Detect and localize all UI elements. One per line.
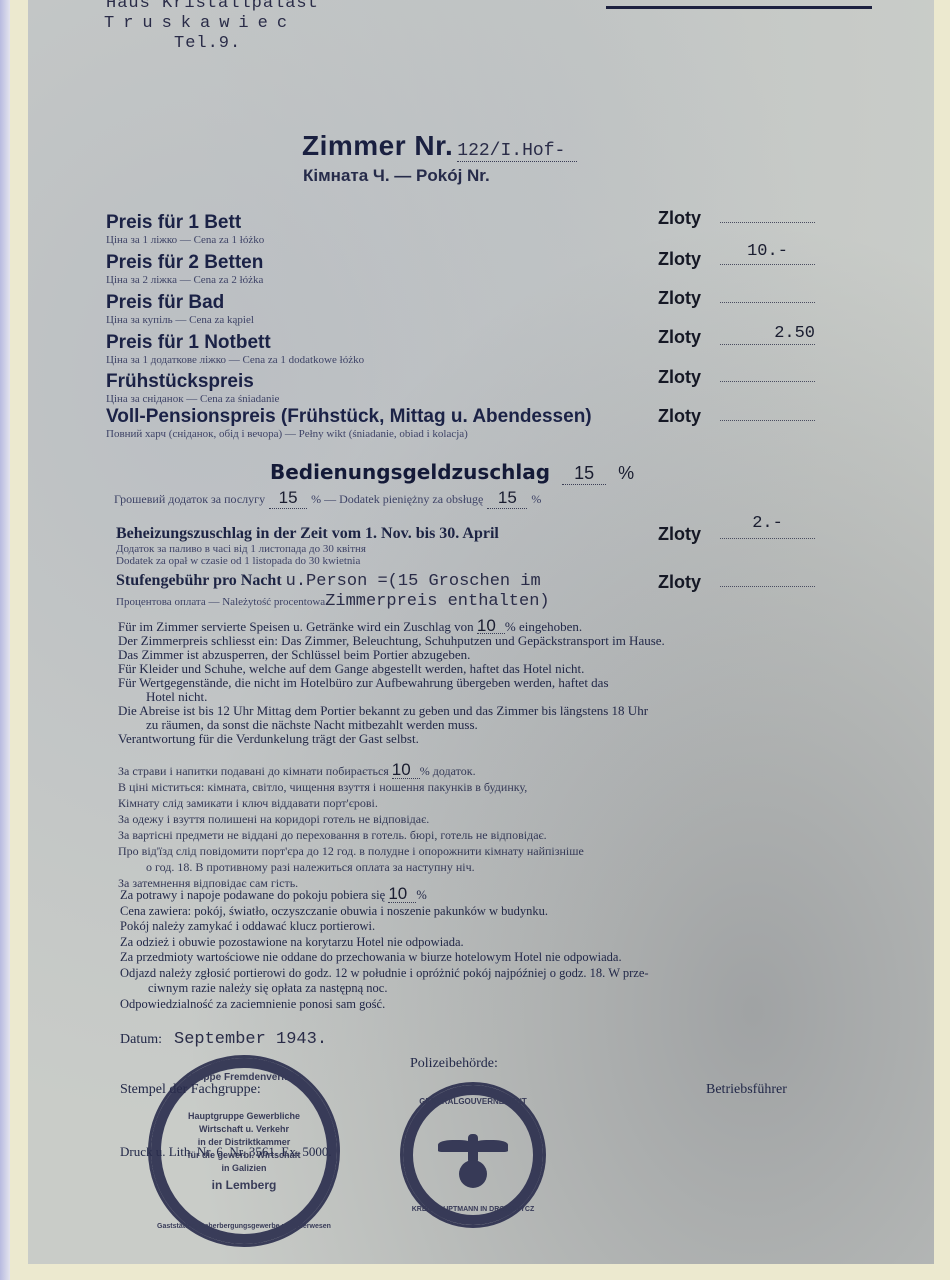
rule-line-continuation: ciwnym razie należy się opłata za następ…	[120, 981, 649, 997]
rule-line-continuation: Hotel nicht.	[118, 690, 665, 704]
price-row-subtitle: Ціна за 2 ліжка — Cena za 2 łóżka	[106, 274, 263, 286]
association-stamp: Gruppe Fremdenverkehr Hauptgruppe Gewerb…	[148, 1055, 340, 1247]
rules-german: Für im Zimmer servierte Speisen u. Geträ…	[118, 619, 665, 746]
rule-line-continuation: о год. 18. В противному разі належиться …	[118, 859, 584, 875]
price-value-field	[720, 288, 815, 303]
rule-line: За одежу і взуття полишені на коридорі г…	[118, 811, 584, 827]
room-title-row: Zimmer Nr. 122/I.Hof-	[302, 130, 577, 162]
rule-line: Für Wertgegenstände, die nicht im Hotelb…	[118, 676, 665, 690]
service-charge-title: Bedienungsgeldzuschlag	[270, 460, 550, 484]
zloty-label: Zloty	[658, 208, 701, 229]
price-row-title: Preis für Bad	[106, 292, 254, 314]
price-row-title: Preis für 1 Notbett	[106, 332, 364, 354]
service-charge-translation-row: Грошевий додаток за послугу 15 % — Dodat…	[114, 488, 541, 509]
rule-line: Für Kleider und Schuhe, welche auf dem G…	[118, 662, 665, 676]
heating-value-field: 2.-	[720, 514, 815, 539]
price-row-subtitle: Ціна за 1 додаткове ліжко — Cena za 1 do…	[106, 354, 364, 366]
service-charge-uk-value: 15	[269, 488, 307, 509]
date-value: September 1943.	[174, 1030, 327, 1049]
rule-line: Verantwortung für die Verdunkelung trägt…	[118, 732, 665, 746]
price-row: Frühstückspreis Ціна за сніданок — Cena …	[106, 371, 279, 405]
service-charge-pl-value: 15	[487, 488, 527, 509]
rule-line: За вартісні предмети не віддані до перех…	[118, 827, 584, 843]
price-row-subtitle: Ціна за купіль — Cena za kąpiel	[106, 314, 254, 326]
rule-line: Odpowiedzialność za zaciemnienie ponosi …	[120, 997, 649, 1013]
rule-line: Кімнату слід замикати і ключ віддавати п…	[118, 795, 584, 811]
tier-fee-value-field	[720, 572, 815, 587]
zloty-label: Zloty	[658, 367, 701, 388]
rule-line: Za odzież i obuwie pozostawione na koryt…	[120, 935, 649, 951]
police-authority-label: Polizeibehörde:	[410, 1056, 498, 1072]
service-charge-value: 15	[562, 463, 606, 485]
category-label: II. Kategorie.	[606, 0, 872, 9]
rule-line: Za przedmioty wartościowe nie oddane do …	[120, 950, 649, 966]
zloty-label: Zloty	[658, 288, 701, 309]
rule-line-continuation: zu räumen, da sonst die nächste Nacht mi…	[118, 718, 665, 732]
price-value-field: 2.50	[720, 324, 815, 345]
official-stamp: GENERALGOUVERNEMENT KREISHAUPTMANN IN DR…	[400, 1082, 546, 1228]
price-row: Preis für 1 Notbett Ціна за 1 додаткове …	[106, 332, 364, 366]
hotel-phone: Tel.9.	[174, 34, 241, 53]
price-row: Preis für 1 Bett Ціна за 1 ліжко — Cena …	[106, 212, 264, 246]
rule-line: В ціні міститься: кімната, світло, чищен…	[118, 779, 584, 795]
date-row: Datum: September 1943.	[120, 1030, 327, 1049]
eagle-emblem-icon	[438, 1130, 508, 1180]
hotel-name: Haus Kristallpalast	[106, 0, 319, 13]
rule-line: Die Abreise ist bis 12 Uhr Mittag dem Po…	[118, 704, 665, 718]
rules-ukrainian: За страви і напитки подавані до кімнати …	[118, 762, 584, 891]
room-title: Zimmer Nr.	[302, 130, 453, 161]
rule-line: Für im Zimmer servierte Speisen u. Geträ…	[118, 619, 665, 634]
stamp-ring-text-bottom: KREISHAUPTMANN IN DROHOBYCZ	[412, 1206, 535, 1213]
zloty-label: Zloty	[658, 524, 701, 545]
price-value-field	[720, 367, 815, 382]
price-row-title: Frühstückspreis	[106, 371, 279, 393]
left-frame-edge	[0, 0, 10, 1280]
stamp-ring-text-top: Gruppe Fremdenverkehr	[186, 1072, 303, 1083]
rule-line: Za potrawy i napoje podawane do pokoju p…	[120, 886, 649, 904]
document-page: Haus Kristallpalast Truskawiec Tel.9. II…	[28, 0, 934, 1264]
price-row: Preis für Bad Ціна за купіль — Cena za k…	[106, 292, 254, 326]
price-value-field: 10.-	[720, 242, 815, 265]
rule-line: Der Zimmerpreis schliesst ein: Das Zimme…	[118, 634, 665, 648]
rules-polish: Za potrawy i napoje podawane do pokoju p…	[120, 886, 649, 1012]
heating-row: Beheizungszuschlag in der Zeit vom 1. No…	[116, 525, 499, 567]
zloty-label: Zloty	[658, 327, 701, 348]
rule-line: Odjazd należy zgłosić portierowi do godz…	[120, 966, 649, 982]
stamp-ring-text-bottom: Gaststätten, Beherbergungsgewerbe u. Bäd…	[157, 1223, 331, 1230]
rule-line: Das Zimmer ist abzusperren, der Schlüsse…	[118, 648, 665, 662]
heating-title: Beheizungszuschlag in der Zeit vom 1. No…	[116, 525, 499, 543]
price-row-title: Voll-Pensionspreis (Frühstück, Mittag u.…	[106, 406, 592, 428]
zloty-label: Zloty	[658, 572, 701, 593]
rule-line: Pokój należy zamykać i oddawać klucz por…	[120, 919, 649, 935]
rule-line: За страви і напитки подавані до кімнати …	[118, 762, 584, 779]
stamp-ring-text-top: GENERALGOUVERNEMENT	[419, 1097, 527, 1106]
tier-fee-title: Stufengebühr pro Nacht	[116, 572, 282, 589]
tier-fee-row: Stufengebühr pro Nacht u.Person =(15 Gro…	[116, 572, 541, 591]
zloty-label: Zloty	[658, 406, 701, 427]
price-row: Voll-Pensionspreis (Frühstück, Mittag u.…	[106, 406, 592, 440]
price-row-title: Preis für 2 Betten	[106, 252, 263, 274]
room-number: 122/I.Hof-	[457, 141, 577, 162]
tier-fee-subrow: Процентова оплата — Należytość procentow…	[116, 592, 550, 611]
rule-line: Cena zawiera: pokój, światło, oczyszczan…	[120, 904, 649, 920]
service-charge-unit: %	[618, 463, 634, 483]
price-row-subtitle: Повний харч (сніданок, обід і вечора) — …	[106, 428, 592, 440]
price-row-subtitle: Ціна за сніданок — Cena za śniadanie	[106, 393, 279, 405]
room-title-translation: Кімната Ч. — Pokój Nr.	[303, 166, 490, 186]
price-value-field	[720, 406, 815, 421]
hotel-town: Truskawiec	[104, 14, 296, 33]
manager-label: Betriebsführer	[706, 1082, 787, 1098]
price-row-title: Preis für 1 Bett	[106, 212, 264, 234]
price-row: Preis für 2 Betten Ціна за 2 ліжка — Cen…	[106, 252, 263, 286]
date-label: Datum:	[120, 1032, 162, 1047]
zloty-label: Zloty	[658, 249, 701, 270]
tier-fee-typed-note: u.Person =(15 Groschen im	[286, 572, 541, 591]
price-value-field	[720, 208, 815, 223]
service-charge-row: Bedienungsgeldzuschlag 15 %	[270, 460, 634, 485]
price-row-subtitle: Ціна за 1 ліжко — Cena za 1 łóżko	[106, 234, 264, 246]
rule-line: Про від'їзд слід повідомити порт'єра до …	[118, 843, 584, 859]
